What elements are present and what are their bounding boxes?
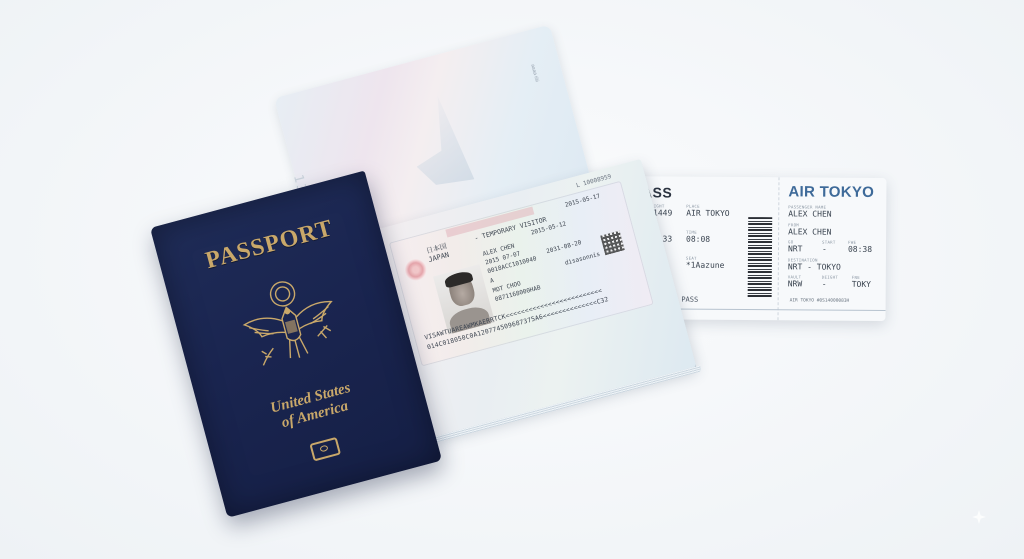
holder-sex: A xyxy=(489,277,495,286)
airline-name: AIR TOKYO xyxy=(788,183,874,201)
page-tag: aaaa iiiii xyxy=(529,64,539,83)
visa-number: L 10008959 xyxy=(575,173,612,189)
barcode xyxy=(748,217,773,297)
go-field: GO NRT xyxy=(788,239,803,253)
tear-line xyxy=(777,177,779,320)
visa-issue-date: 2015-05-17 xyxy=(564,193,601,210)
place-field: PLACE AIR TOKYO xyxy=(686,204,729,218)
visa-country: 日本国 JAPAN xyxy=(425,242,450,265)
destination-field: DESTINATION NRT - TOKYO xyxy=(788,257,841,271)
start-field: START - xyxy=(822,240,836,254)
issue-place: disasonnis xyxy=(564,251,601,268)
time-field-2: TIME 08:08 xyxy=(686,230,710,244)
deight-field: DEIGHT - xyxy=(822,275,838,289)
photo-background: ING PASS AIR TOKYO FLIGHT 11449 PLACE AI… xyxy=(0,0,1024,559)
visa-expiry: 2031-08-20 xyxy=(546,239,583,256)
fwe-field: FWE 08:38 xyxy=(848,240,872,254)
watermark-icon xyxy=(400,88,491,193)
chrysanthemum-seal-icon xyxy=(402,256,429,283)
qr-code-icon xyxy=(600,231,624,255)
boarding-pass-reference: AIR TOKYO #0S14000083H xyxy=(790,298,850,303)
from-field: FROM ALEX CHEN xyxy=(788,222,831,236)
passport-country: United States of America xyxy=(201,362,424,452)
eagle-seal-icon xyxy=(227,265,354,385)
passport-title: PASSPORT xyxy=(159,203,380,287)
seat-field: SEAT *1Aazune xyxy=(686,256,725,270)
sparkle-icon xyxy=(972,510,986,524)
passenger-name-field: PASSENGER NAME ALEX CHEN xyxy=(788,204,831,218)
vault-field: VAULT NRW xyxy=(788,274,803,288)
fne-field: FNE TOKY xyxy=(852,275,871,289)
biometric-chip-icon xyxy=(309,437,341,462)
